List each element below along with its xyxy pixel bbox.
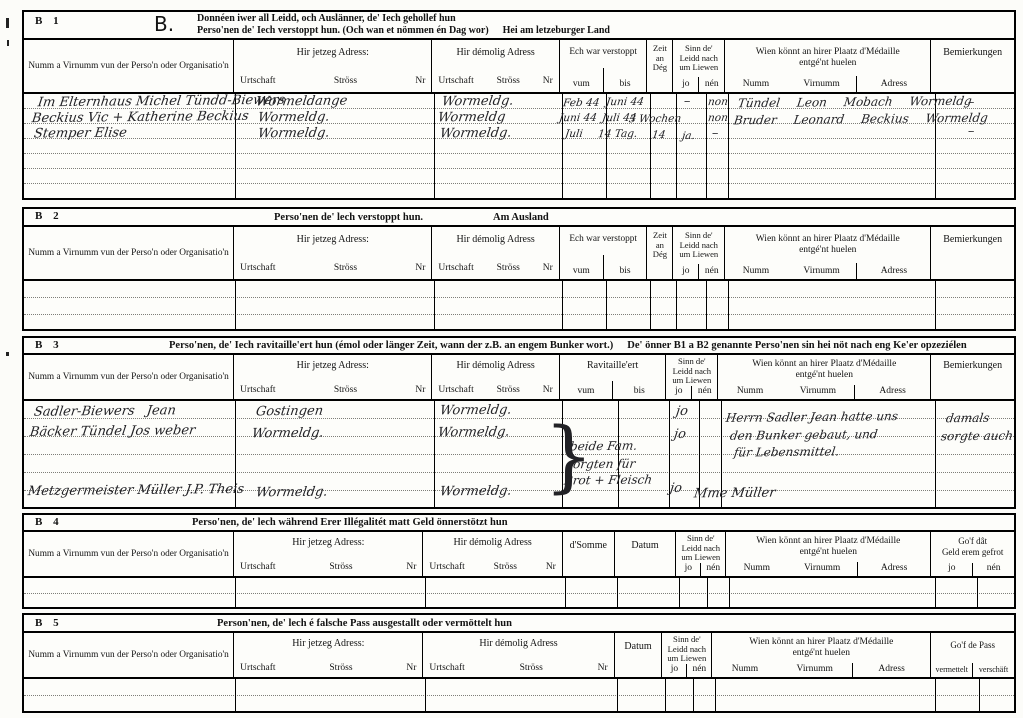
vermettelt-label: vermettelt (931, 663, 972, 677)
b3-col-name: Numm a Virnumm vun der Perso'n oder Orga… (24, 355, 234, 399)
handwritten-jetzeg: Gostingen (255, 405, 324, 419)
scan-artifact (7, 40, 9, 46)
b4-col-datum: Datum (615, 532, 677, 576)
numm-label: Numm (725, 76, 787, 92)
dotted-row (24, 184, 1014, 198)
handwritten-name: Metzgermeister Müller J.P. Theis (27, 483, 245, 498)
b1-title-right: Hei am letzeburger Land (503, 25, 610, 36)
vum-bis-sublabels: vumbis (560, 381, 666, 399)
b2-col-demolig: Hir démolig Adress UrtschaftStrössNr (432, 227, 559, 279)
col-verstoppt-label: Ech war verstoppt (560, 47, 647, 57)
section-b2: B 2 Perso'nen de' lech verstoppt hun.Am … (22, 207, 1016, 331)
wien-sublabels: NummVirnummAdress (712, 663, 930, 677)
column-divider (235, 281, 236, 329)
b5-col-demolig: Hir démolig Adress UrtschaftStrössNr (423, 633, 614, 677)
column-divider (935, 281, 936, 329)
b2-dotted-rows (24, 281, 1014, 329)
handwritten-zeit: 3 Wochen (628, 113, 682, 127)
column-divider (425, 679, 426, 711)
handwritten-jetzeg: Wormeldange (255, 95, 348, 109)
b2-col-jetzeg: Hir jetzeg Adress: UrtschaftStrössNr (234, 227, 432, 279)
sinn-label: Sinn de'Leidd nachum Liewen (666, 357, 717, 386)
wien-sublabels: NummVirnummAdress (726, 562, 930, 576)
nen-label: nén (698, 77, 724, 92)
dotted-row (24, 124, 1014, 139)
b5-col-gof-pass: Go'f de Pass vermetteltverschäft (931, 633, 1014, 677)
sinn-label: Sinn de'Leidd nachum Liewen (676, 534, 725, 563)
address-sublabels: UrtschaftStrössNr (438, 385, 552, 395)
sinn-label: Sinn de'Leidd nachum Liewen (673, 231, 724, 260)
column-divider (650, 94, 651, 198)
b2-col-sinn: Sinn de'Leidd nachum Liewen jonén (673, 227, 725, 279)
handwritten-ravit-note: beide Fam. (569, 440, 638, 454)
column-divider (979, 679, 980, 711)
handwritten-nen: non (707, 96, 729, 109)
column-divider (676, 281, 677, 329)
handwritten-jo: jo (675, 405, 689, 418)
col-demolig-label: Hir démolig Adress (432, 47, 558, 58)
handwritten-jetzeg: Wormeldg. (257, 127, 330, 141)
b4-title-text: Perso'nen, de' lech während Erer Illégal… (192, 517, 508, 528)
wien-label-2: entgé'nt huelen (725, 58, 930, 68)
column-divider (706, 281, 707, 329)
b5-dotted-rows (24, 679, 1014, 711)
b4-title: Perso'nen, de' lech während Erer Illégal… (192, 515, 508, 530)
column-divider (679, 578, 680, 607)
dotted-row (24, 455, 1014, 473)
nr-label: Nr (543, 76, 553, 86)
section-b3: B 3 Perso'nen, de' Iech ravitaille'ert h… (22, 336, 1016, 509)
handwritten-demolig: Wormeldg. (439, 127, 512, 141)
jo-nen-sublabels: jonén (676, 563, 725, 576)
b5-col-sinn: Sinn de'Leidd nachum Liewen jonén (662, 633, 712, 677)
col-name-label: Numm a Virnumm vun der Perso'n oder Orga… (28, 549, 229, 559)
handwritten-wien-note: Herrn Sadler Jean hatte uns (725, 410, 899, 425)
column-divider (935, 578, 936, 607)
dotted-row (24, 298, 1014, 315)
col-name-label: Numm a Virnumm vun der Perso'n oder Orga… (28, 248, 229, 258)
b2-col-verstoppt: Ech war verstoppt vumbis (560, 227, 648, 279)
column-divider (715, 679, 716, 711)
b2-column-headers: Numm a Virnumm vun der Perso'n oder Orga… (24, 227, 1014, 281)
b1-title-line2: Perso'nen de' Iech verstoppt hun. (Och w… (197, 25, 610, 37)
b4-col-gof-geld: Go'f dât Geld erem gefrot jonén (931, 532, 1014, 576)
b4-titlebar: B 4 Perso'nen, de' lech während Erer Ill… (24, 515, 1014, 532)
adress-label: Adress (856, 76, 930, 92)
b5-body (24, 679, 1014, 711)
bis-label: bis (603, 68, 647, 92)
handwritten-name: Stemper Elise (33, 127, 128, 141)
b2-section-id: B 2 (35, 210, 63, 222)
handwritten-nen: – (711, 127, 719, 140)
col-demolig-label: Hir démolig Adress (432, 234, 558, 245)
nr-label: Nr (415, 76, 425, 86)
address-sublabels: UrtschaftStrössNr (438, 76, 552, 86)
column-divider (618, 401, 619, 507)
handwritten-bem: – (967, 125, 975, 138)
wien-sublabels: NummVirnummAdress (725, 263, 930, 279)
column-divider (676, 94, 677, 198)
b2-col-wien: Wien könnt an hirer Plaatz d'Médaille en… (725, 227, 931, 279)
stross-label: Ströss (497, 76, 520, 86)
dotted-row (24, 281, 1014, 298)
b5-title-text: Person'nen, de' lech é falsche Pass ausg… (217, 618, 512, 629)
address-sublabels: UrtschaftStrössNr (429, 562, 555, 572)
handwritten-bem: damals (945, 412, 990, 425)
b4-column-headers: Numm a Virnumm vun der Perso'n oder Orga… (24, 532, 1014, 578)
b1-col-verstoppt: Ech war verstoppt vumbis (560, 40, 648, 92)
b4-col-name: Numm a Virnumm vun der Perso'n oder Orga… (24, 532, 234, 576)
b1-big-letter: B. (154, 12, 174, 36)
dotted-row (24, 169, 1014, 184)
b3-col-ravitailleert: Ravitaille'ert vumbis (560, 355, 667, 399)
b1-titlebar: B 1 B. Donnéen iwer all Leidd, och Auslä… (24, 12, 1014, 40)
handwritten-name: Sadler-Biewers Jean (33, 404, 177, 418)
handwritten-jo: jo (673, 428, 687, 441)
column-divider (706, 94, 707, 198)
column-divider (665, 679, 666, 711)
wien-sublabels: NummVirnummAdress (725, 76, 930, 92)
virnumm-label: Virnumm (787, 76, 857, 92)
section-b4: B 4 Perso'nen, de' lech während Erer Ill… (22, 513, 1016, 609)
b4-section-id: B 4 (35, 516, 63, 528)
handwritten-wien: Tündel Leon Mobach Wormeldg (737, 95, 973, 110)
vum-bis-sublabels: vumbis (560, 255, 647, 279)
handwritten-wien: Bruder Leonard Beckius Wormeldg (733, 112, 989, 128)
wien-sublabels: NummVirnummAdress (718, 385, 930, 399)
address-sublabels: UrtschaftStrössNr (240, 263, 425, 273)
handwritten-zeit: 14 (651, 129, 666, 142)
column-divider (606, 94, 607, 198)
jo-nen-sublabels: jonén (666, 386, 717, 399)
column-divider (707, 578, 708, 607)
b4-col-demolig: Hir démolig Adress UrtschaftStrössNr (423, 532, 562, 576)
b1-col-name: Numm a Virnumm vun der Perso'n oder Orga… (24, 40, 234, 92)
handwritten-demolig: Wormeldg. (437, 426, 510, 440)
b1-col-zeit: ZeitanDég (647, 40, 673, 92)
gof-geld-label2: Geld erem gefrot (931, 547, 1014, 557)
handwritten-demolig: Wormeldg. (441, 95, 514, 109)
handwritten-demolig: Wormeldg. (439, 404, 512, 418)
zeit-label: ZeitanDég (647, 44, 672, 73)
b2-body (24, 281, 1014, 329)
column-divider (728, 94, 729, 198)
column-divider (562, 281, 563, 329)
b3-col-sinn: Sinn de'Leidd nachum Liewen jonén (666, 355, 718, 399)
address-sublabels: UrtschaftStrössNr (429, 663, 607, 673)
handwritten-vum: Feb 44 (562, 97, 600, 110)
column-divider (617, 578, 618, 607)
column-divider (693, 679, 694, 711)
sinn-label: Sinn de'Leidd nachum Liewen (662, 635, 711, 664)
col-name-label: Numm a Virnumm vun der Perso'n oder Orga… (28, 61, 229, 71)
datum-label: Datum (615, 641, 662, 652)
ravit-label: Ravitaille'ert (560, 360, 666, 371)
b2-title: Perso'nen de' lech verstoppt hun.Am Ausl… (274, 209, 549, 225)
column-divider (935, 401, 936, 507)
b3-title-text: Perso'nen, de' Iech ravitaille'ert hun (… (169, 340, 613, 351)
zeit-label: ZeitanDég (647, 231, 672, 260)
b1-section-id: B 1 (35, 15, 63, 27)
b2-title-right: Am Ausland (493, 212, 549, 223)
vum-label: vum (560, 68, 603, 92)
handwritten-jo: ja. (681, 130, 696, 143)
b1-title-line2-text: Perso'nen de' Iech verstoppt hun. (Och w… (197, 25, 489, 36)
b1-column-headers: Numm a Virnumm vun der Perso'n oder Orga… (24, 40, 1014, 94)
jo-label: jo (673, 77, 698, 92)
urtschaft-label: Urtschaft (240, 76, 275, 86)
b5-section-id: B 5 (35, 617, 63, 629)
handwritten-demolig: Wormeldg. (439, 485, 512, 499)
b3-col-jetzeg: Hir jetzeg Adress: UrtschaftStrössNr (234, 355, 432, 399)
handwritten-bem: sorgte auch (940, 430, 1014, 444)
dotted-row (24, 594, 1014, 607)
handwritten-bis: Juni 44 (605, 96, 645, 109)
handwritten-jo: jo (669, 482, 683, 495)
dotted-row (24, 696, 1014, 711)
gof-pass-label: Go'f de Pass (931, 640, 1014, 650)
scan-artifact (6, 18, 9, 28)
col-verstoppt-label: Ech war verstoppt (560, 234, 647, 244)
handwritten-jetzeg: Wormeldg. (257, 111, 330, 125)
pass-sublabels: vermetteltverschäft (931, 663, 1014, 677)
b5-col-jetzeg: Hir jetzeg Adress: UrtschaftStrössNr (234, 633, 423, 677)
dotted-row (24, 139, 1014, 154)
handwritten-name: Bäcker Tündel Jos weber (29, 424, 196, 439)
column-divider (606, 281, 607, 329)
handwritten-name: Beckius Vic + Katherine Beckius (31, 110, 249, 125)
b5-col-name: Numm a Virnumm vun der Perso'n oder Orga… (24, 633, 234, 677)
column-divider (935, 679, 936, 711)
b4-col-sinn: Sinn de'Leidd nachum Liewen jonén (676, 532, 726, 576)
b1-col-bemierkungen: Bemierkungen (931, 40, 1014, 92)
b5-titlebar: B 5 Person'nen, de' lech é falsche Pass … (24, 615, 1014, 633)
handwritten-demolig: Wormeldg (437, 111, 506, 125)
col-jetzeg-label: Hir jetzeg Adress: (234, 47, 431, 58)
column-divider (729, 578, 730, 607)
jo-nen-sublabels: jonén (673, 264, 724, 279)
b4-dotted-rows (24, 578, 1014, 607)
b4-body (24, 578, 1014, 607)
handwritten-vum: Juni 44 (558, 112, 598, 125)
b4-col-jetzeg: Hir jetzeg Adress: UrtschaftStrössNr (234, 532, 423, 576)
jo-nen-sublabels: jonén (673, 77, 724, 92)
column-divider (728, 281, 729, 329)
bem-label: Bemierkungen (931, 47, 1014, 58)
address-sublabels: UrtschaftStrössNr (438, 263, 552, 273)
col-name-label: Numm a Virnumm vun der Perso'n oder Orga… (28, 372, 229, 382)
handwritten-wien-note: den Bunker gebaut, und (729, 428, 878, 443)
b3-col-wien: Wien könnt an hirer Plaatz d'Médaille en… (718, 355, 931, 399)
urtschaft-label: Urtschaft (438, 76, 473, 86)
dotted-row (24, 315, 1014, 329)
b3-body: Sadler-Biewers Jean Bäcker Tündel Jos we… (24, 401, 1014, 507)
b1-col-wien: Wien könnt an hirer Plaatz d'Médaille en… (725, 40, 931, 92)
b3-col-bemierkungen: Bemierkungen (931, 355, 1014, 399)
somme-label: d'Somme (563, 540, 614, 551)
column-divider (935, 94, 936, 198)
scanned-form-page: B 1 B. Donnéen iwer all Leidd, och Auslä… (0, 0, 1023, 718)
column-divider (235, 578, 236, 607)
scan-artifact (6, 352, 9, 356)
datum-label: Datum (615, 540, 676, 551)
column-divider (650, 281, 651, 329)
address-sublabels: UrtschaftStrössNr (240, 385, 425, 395)
address-sublabels: UrtschaftStrössNr (240, 663, 416, 673)
column-divider (425, 578, 426, 607)
column-divider (434, 94, 435, 198)
column-divider (434, 401, 435, 507)
gof-geld-label1: Go'f dât (931, 536, 1014, 546)
b5-column-headers: Numm a Virnumm vun der Perso'n oder Orga… (24, 633, 1014, 679)
col-name-label: Numm a Virnumm vun der Perso'n oder Orga… (28, 650, 229, 660)
dotted-row (24, 679, 1014, 696)
address-sublabels: UrtschaftStrössNr (240, 562, 416, 572)
jo-nen-sublabels: jonén (662, 664, 711, 677)
handwritten-bis: 14 Tag. (597, 128, 638, 141)
handwritten-wien: Mme Müller (693, 487, 776, 501)
wien-label-1: Wien könnt an hirer Plaatz d'Médaille (725, 47, 930, 57)
b3-col-demolig: Hir démolig Adress UrtschaftStrössNr (432, 355, 559, 399)
b2-col-zeit: ZeitanDég (647, 227, 673, 279)
column-divider (434, 281, 435, 329)
handwritten-ravit-note: Brot + Fleisch (563, 474, 653, 488)
b1-title: Donnéen iwer all Leidd, och Auslänner, d… (197, 13, 610, 37)
handwritten-jetzeg: Wormeldg. (255, 486, 328, 500)
b2-col-name: Numm a Virnumm vun der Perso'n oder Orga… (24, 227, 234, 279)
b1-col-demolig: Hir démolig Adress UrtschaftStrössNr (432, 40, 559, 92)
b4-col-wien: Wien könnt an hirer Plaatz d'Médaille en… (726, 532, 931, 576)
handwritten-jo: – (683, 95, 691, 108)
dotted-row (24, 578, 1014, 594)
column-divider (977, 578, 978, 607)
b3-section-id: B 3 (35, 339, 63, 351)
jo-nen-sublabels: jonén (931, 563, 1014, 576)
b1-title-line1: Donnéen iwer all Leidd, och Auslänner, d… (197, 13, 610, 25)
handwritten-jetzeg: Wormeldg. (251, 427, 324, 441)
sinn-label: Sinn de'Leidd nachum Liewen (673, 44, 724, 73)
col-jetzeg-label: Hir jetzeg Adress: (234, 234, 431, 245)
b4-col-somme: d'Somme (563, 532, 615, 576)
section-b1: B 1 B. Donnéen iwer all Leidd, och Auslä… (22, 10, 1016, 200)
b2-titlebar: B 2 Perso'nen de' lech verstoppt hun.Am … (24, 209, 1014, 227)
b1-body: Im Elternhaus Michel Tündd-Biewers Becki… (24, 94, 1014, 198)
b3-title-text2: De' önner B1 a B2 genannte Perso'nen sin… (627, 340, 966, 351)
b1-col-sinn: Sinn de'Leidd nachum Liewen jonén (673, 40, 725, 92)
handwritten-nen: non (707, 112, 729, 125)
column-divider (617, 679, 618, 711)
verschaft-label: verschäft (972, 663, 1014, 677)
address-sublabels: UrtschaftStrössNr (240, 76, 425, 86)
stross-label: Ströss (334, 76, 357, 86)
column-divider (565, 578, 566, 607)
b5-col-datum: Datum (615, 633, 663, 677)
b3-column-headers: Numm a Virnumm vun der Perso'n oder Orga… (24, 355, 1014, 401)
b3-title: Perso'nen, de' Iech ravitaille'ert hun (… (169, 338, 967, 353)
handwritten-bem: – (967, 96, 975, 109)
handwritten-wien-note: für Lebensmittel. (733, 445, 840, 459)
b5-title: Person'nen, de' lech é falsche Pass ausg… (217, 615, 512, 631)
column-divider (235, 679, 236, 711)
vum-bis-sublabels: vumbis (560, 68, 647, 92)
handwritten-vum: Juli (564, 128, 583, 141)
b5-col-wien: Wien könnt an hirer Plaatz d'Médaille en… (712, 633, 931, 677)
dotted-row (24, 154, 1014, 169)
handwritten-ravit-note: sorgten für (566, 458, 636, 472)
b2-title-text: Perso'nen de' lech verstoppt hun. (274, 212, 423, 223)
b3-titlebar: B 3 Perso'nen, de' Iech ravitaille'ert h… (24, 338, 1014, 355)
section-b5: B 5 Person'nen, de' lech é falsche Pass … (22, 613, 1016, 713)
handwritten-name: Im Elternhaus Michel Tündd-Biewers (37, 94, 286, 109)
b2-col-bemierkungen: Bemierkungen (931, 227, 1014, 279)
b1-col-jetzeg: Hir jetzeg Adress: UrtschaftStrössNr (234, 40, 432, 92)
